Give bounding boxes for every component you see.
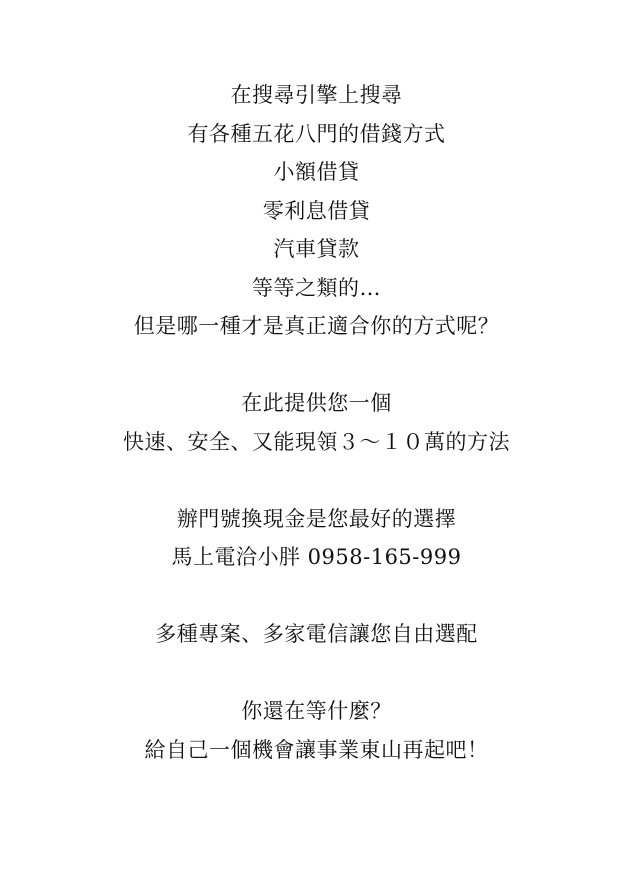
line-plans-variety: 多種專案、多家電信讓您自由選配 xyxy=(0,615,633,654)
line-offer-intro: 在此提供您一個 xyxy=(0,384,633,423)
text-block-offer: 在此提供您一個 快速、安全、又能現領３～１０萬的方法 xyxy=(0,384,633,461)
line-search-intro: 在搜尋引擎上搜尋 xyxy=(0,76,633,115)
text-block-contact: 辦門號換現金是您最好的選擇 馬上電洽小胖 0958-165-999 xyxy=(0,500,633,577)
line-which-method-question: 但是哪一種才是真正適合你的方式呢？ xyxy=(0,307,633,346)
flyer-text-content: 在搜尋引擎上搜尋 有各種五花八門的借錢方式 小額借貸 零利息借貸 汽車貸款 等等… xyxy=(0,0,633,769)
line-car-loan: 汽車貸款 xyxy=(0,230,633,269)
line-loan-variety: 有各種五花八門的借錢方式 xyxy=(0,115,633,154)
line-small-loan: 小額借貸 xyxy=(0,153,633,192)
text-block-loan-options: 在搜尋引擎上搜尋 有各種五花八門的借錢方式 小額借貸 零利息借貸 汽車貸款 等等… xyxy=(0,76,633,346)
line-contact-phone: 馬上電洽小胖 0958-165-999 xyxy=(0,538,633,577)
line-best-choice: 辦門號換現金是您最好的選擇 xyxy=(0,500,633,539)
line-waiting-question: 你還在等什麼？ xyxy=(0,692,633,731)
flyer-page: 在搜尋引擎上搜尋 有各種五花八門的借錢方式 小額借貸 零利息借貸 汽車貸款 等等… xyxy=(0,0,633,893)
text-block-plans: 多種專案、多家電信讓您自由選配 xyxy=(0,615,633,654)
line-etcetera: 等等之類的… xyxy=(0,269,633,308)
line-offer-detail: 快速、安全、又能現領３～１０萬的方法 xyxy=(0,423,633,462)
text-block-call-to-action: 你還在等什麼？ 給自己一個機會讓事業東山再起吧！ xyxy=(0,692,633,769)
line-final-call: 給自己一個機會讓事業東山再起吧！ xyxy=(0,731,633,770)
line-zero-interest-loan: 零利息借貸 xyxy=(0,192,633,231)
